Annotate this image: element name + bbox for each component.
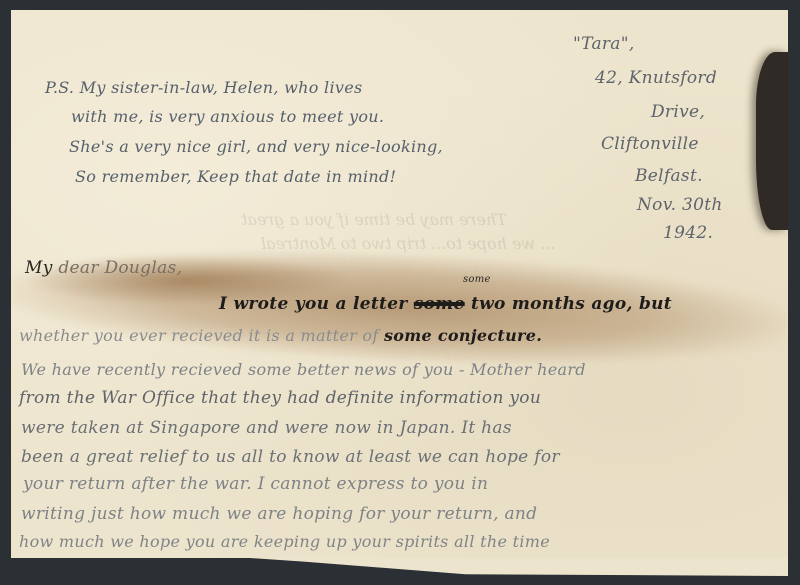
body-line: been a great relief to us all to know at… — [21, 447, 560, 467]
body-line: were taken at Singapore and were now in … — [21, 418, 512, 438]
address-line1: 42, Knutsford — [595, 68, 717, 88]
letter-line-2: whether you ever recieved it is a matter… — [19, 326, 542, 345]
postscript-line: with me, is very anxious to meet you. — [71, 107, 384, 126]
postscript-line: She's a very nice girl, and very nice-lo… — [69, 137, 443, 156]
salutation: My dear Douglas, — [25, 258, 182, 278]
postscript-line: P.S. My sister-in-law, Helen, who lives — [45, 78, 362, 97]
letter-year: 1942. — [663, 223, 713, 243]
postscript-line: So remember, Keep that date in mind! — [75, 167, 396, 186]
bleed-through-line: ... we hope to... trip two to Montreal — [261, 234, 556, 253]
address-line3: Cliftonville — [601, 134, 699, 154]
body-line: from the War Office that they had defini… — [19, 388, 541, 408]
body-line: how much we hope you are keeping up your… — [19, 532, 550, 551]
letter-date: Nov. 30th — [637, 195, 723, 215]
letter-page: There may be time if you a great ... we … — [11, 10, 788, 558]
salutation-prefix: My — [25, 258, 53, 278]
body-line: We have recently recieved some better ne… — [21, 360, 586, 379]
inserted-word: some — [463, 274, 491, 285]
torn-edge — [250, 558, 788, 576]
salutation-name: dear Douglas, — [58, 258, 182, 278]
letter-line-1-end: two months ago, but — [471, 294, 672, 314]
letter-line-2-start: whether you ever recieved it is a matter… — [19, 326, 379, 345]
letter-line-1: I wrote you a letter some two months ago… — [219, 294, 672, 314]
letter-line-1-start: I wrote you a letter — [219, 294, 408, 314]
letter-line-2-end: some conjecture. — [384, 326, 542, 345]
address-line4: Belfast. — [635, 166, 703, 186]
address-line2: Drive, — [651, 102, 705, 122]
body-line: your return after the war. I cannot expr… — [23, 474, 488, 494]
burn-mark — [756, 52, 788, 230]
bleed-through-line: There may be time if you a great — [241, 210, 507, 229]
struck-word: some — [414, 294, 465, 314]
address-house-name: "Tara", — [573, 34, 635, 54]
body-line: writing just how much we are hoping for … — [21, 504, 537, 524]
